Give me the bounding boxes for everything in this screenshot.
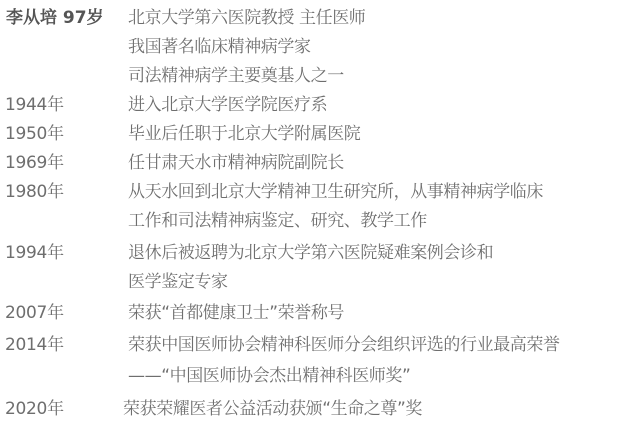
header-row-3: 司法精神病学主要奠基人之一 <box>0 62 640 91</box>
timeline-row-1944: 1944年 进入北京大学医学院医疗系 <box>0 91 640 120</box>
title-line: 司法精神病学主要奠基人之一 <box>128 62 344 91</box>
title-line: 北京大学第六医院教授 主任医师 <box>128 4 365 33</box>
header-row-1: 李从培 97岁 北京大学第六医院教授 主任医师 <box>0 4 640 33</box>
timeline-row-1994: 1994年 退休后被返聘为北京大学第六医院疑难案例会诊和 <box>0 239 640 268</box>
timeline-row-2007: 2007年 荣获“首都健康卫士”荣誉称号 <box>0 299 640 328</box>
timeline-row-1980: 1980年 从天水回到北京大学精神卫生研究所，从事精神病学临床 <box>0 178 640 207</box>
timeline-event: 进入北京大学医学院医疗系 <box>128 91 327 120</box>
timeline-row-1994-cont: 医学鉴定专家 <box>0 268 640 297</box>
timeline-event: 毕业后任职于北京大学附属医院 <box>128 120 360 149</box>
timeline-year: 1994年 <box>5 239 64 268</box>
timeline-year: 2020年 <box>5 395 64 424</box>
timeline-year: 1969年 <box>5 149 64 178</box>
timeline-row-1950: 1950年 毕业后任职于北京大学附属医院 <box>0 120 640 149</box>
person-name-age: 李从培 97岁 <box>6 4 104 33</box>
timeline-event-continued: 医学鉴定专家 <box>128 268 228 297</box>
timeline-event: 从天水回到北京大学精神卫生研究所，从事精神病学临床 <box>128 178 543 207</box>
timeline-event: 荣获“首都健康卫士”荣誉称号 <box>128 299 344 328</box>
timeline-event: 荣获荣耀医者公益活动获颁“生命之尊”奖 <box>123 395 422 424</box>
timeline-row-2020: 2020年 荣获荣耀医者公益活动获颁“生命之尊”奖 <box>0 395 640 424</box>
header-row-2: 我国著名临床精神病学家 <box>0 33 640 62</box>
title-line: 我国著名临床精神病学家 <box>128 33 311 62</box>
timeline-event: 退休后被返聘为北京大学第六医院疑难案例会诊和 <box>128 239 493 268</box>
timeline-row-1980-cont: 工作和司法精神病鉴定、研究、教学工作 <box>0 207 640 236</box>
timeline-row-2014-cont: ——“中国医师协会杰出精神科医师奖” <box>0 362 640 391</box>
timeline-year: 2014年 <box>5 331 64 360</box>
timeline-event: 任甘肃天水市精神病院副院长 <box>128 149 344 178</box>
timeline-event-continued: ——“中国医师协会杰出精神科医师奖” <box>128 362 410 391</box>
timeline-year: 1950年 <box>5 120 64 149</box>
timeline-event: 荣获中国医师协会精神科医师分会组织评选的行业最高荣誉 <box>128 331 560 360</box>
timeline-row-1969: 1969年 任甘肃天水市精神病院副院长 <box>0 149 640 178</box>
timeline-row-2014: 2014年 荣获中国医师协会精神科医师分会组织评选的行业最高荣誉 <box>0 331 640 360</box>
timeline-year: 1944年 <box>5 91 64 120</box>
timeline-event-continued: 工作和司法精神病鉴定、研究、教学工作 <box>128 207 427 236</box>
timeline-year: 1980年 <box>5 178 64 207</box>
timeline-year: 2007年 <box>5 299 64 328</box>
